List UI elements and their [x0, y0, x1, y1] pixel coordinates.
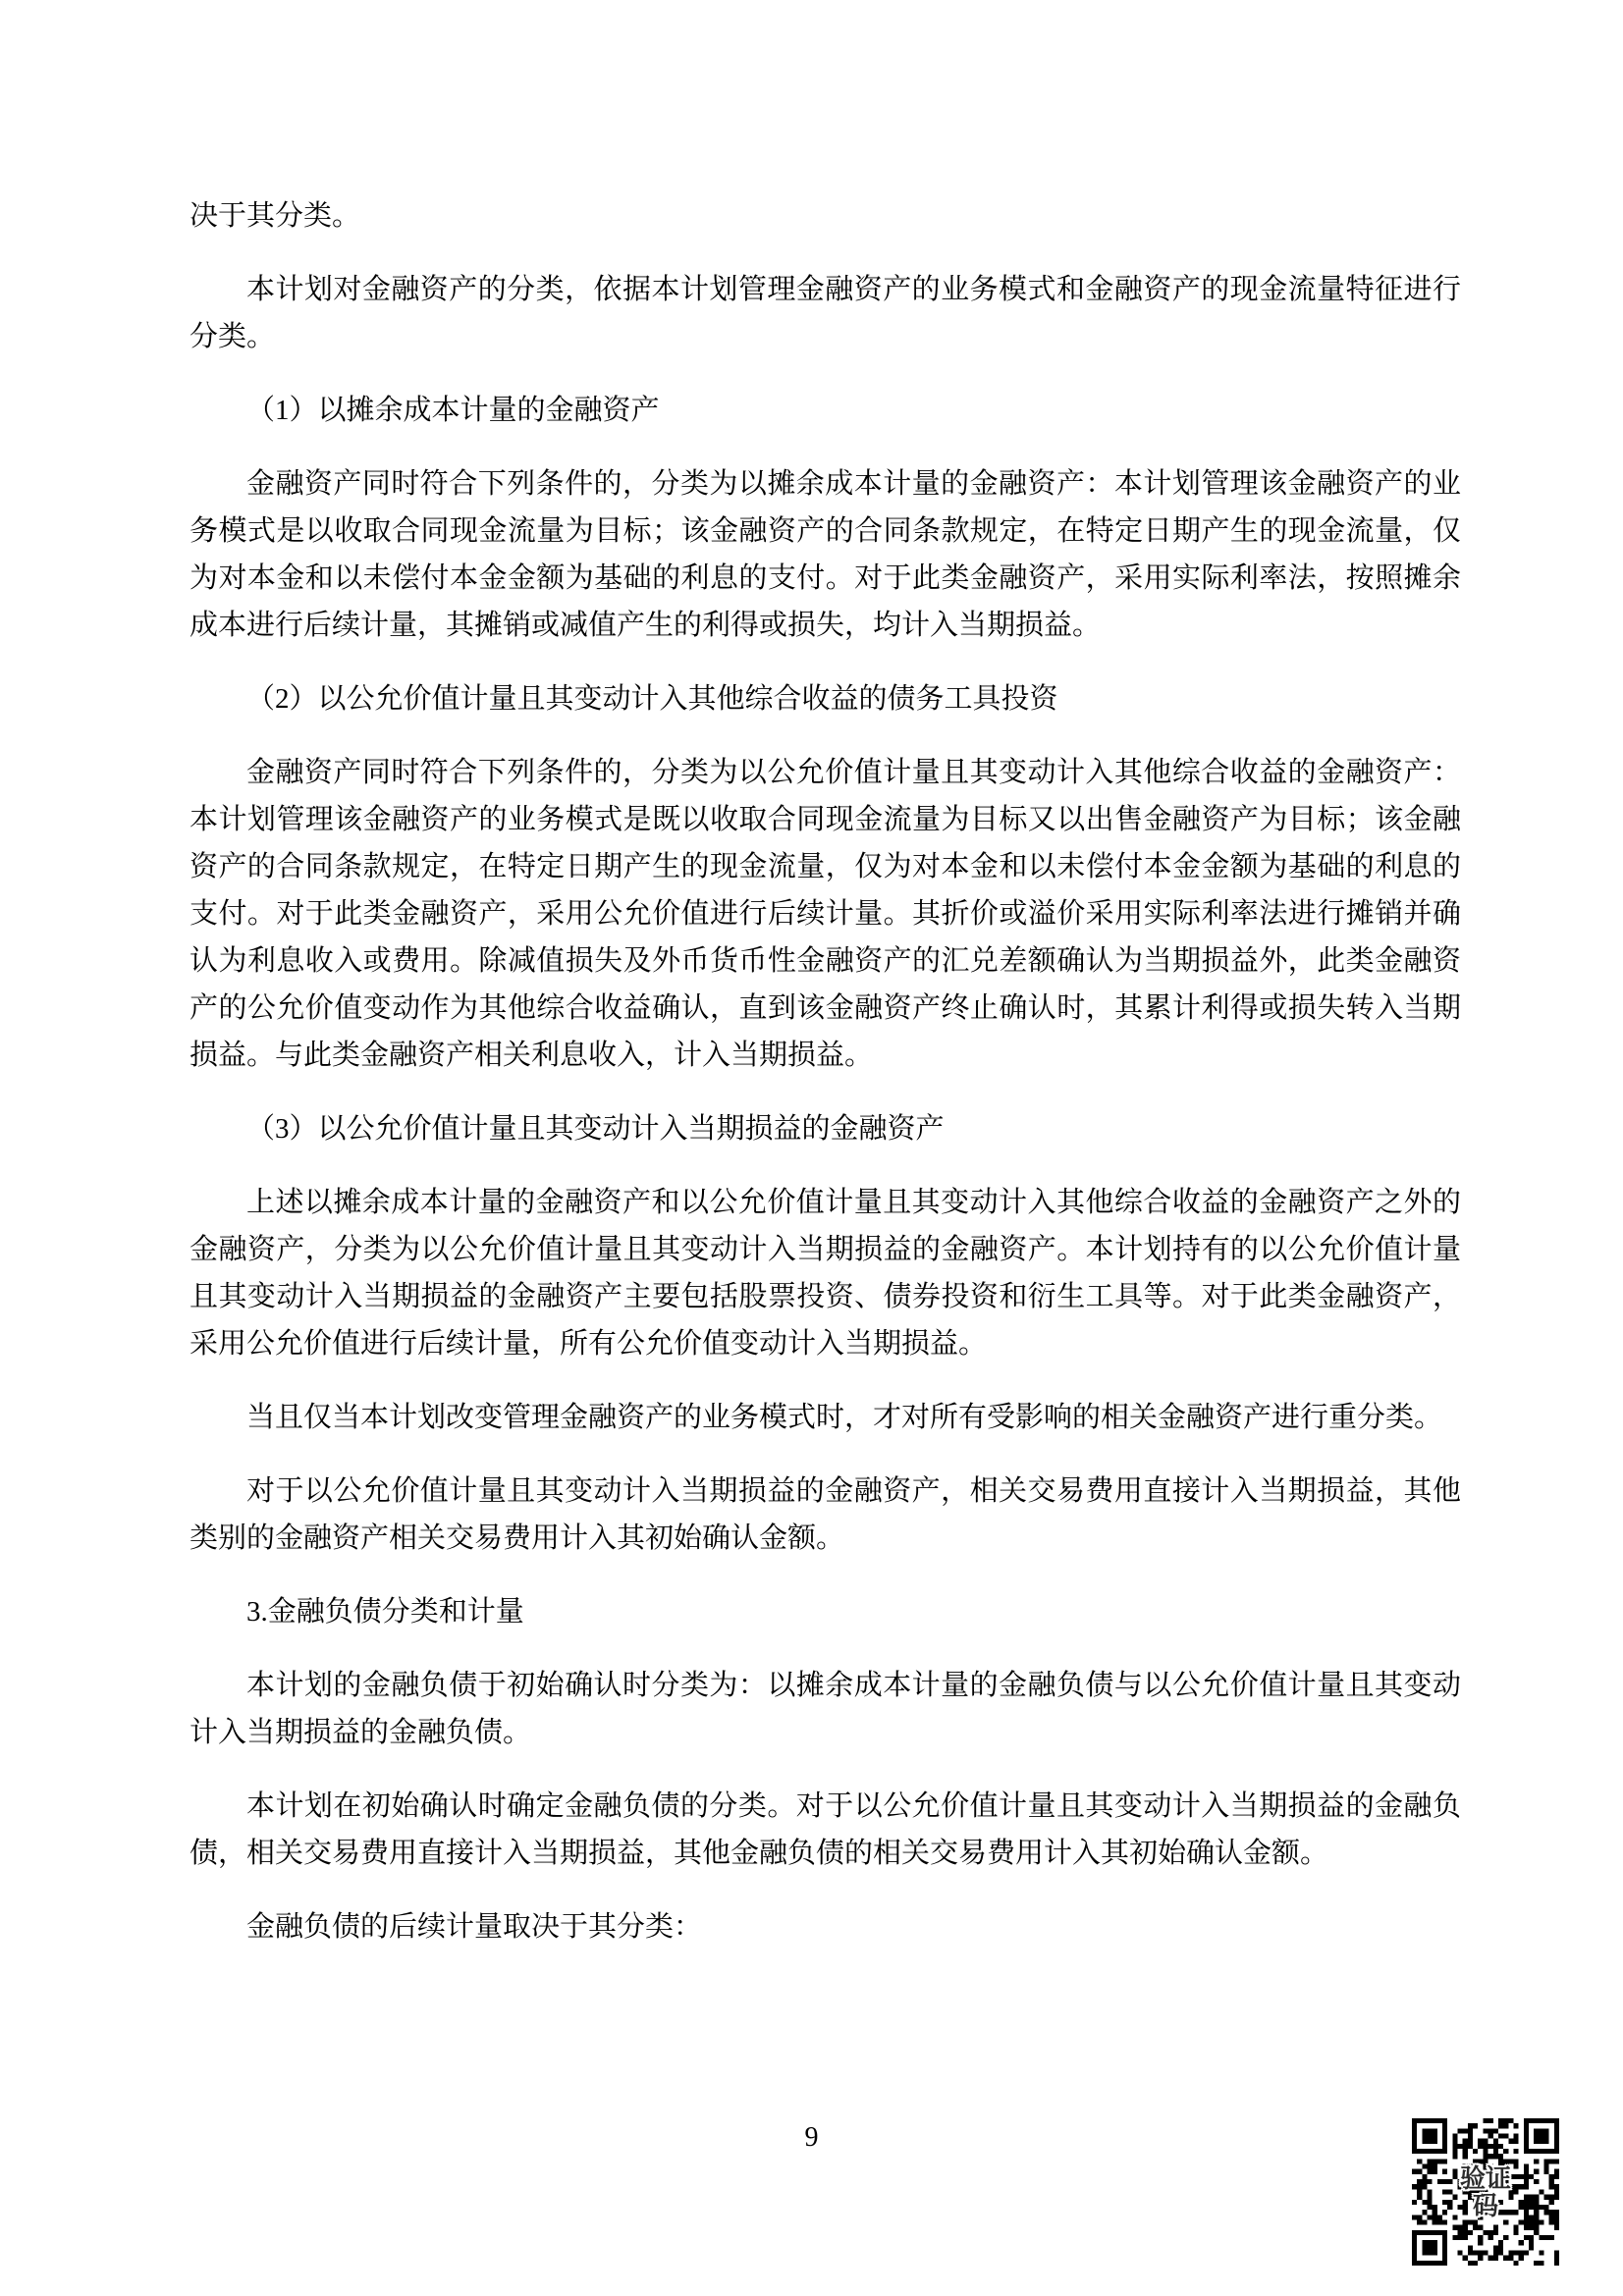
- paragraph: 本计划对金融资产的分类，依据本计划管理金融资产的业务模式和金融资产的现金流量特征…: [189, 266, 1461, 360]
- page-number: 9: [805, 2122, 819, 2153]
- paragraph: （3）以公允价值计量且其变动计入当期损益的金融资产: [189, 1105, 1461, 1152]
- paragraph: 上述以摊余成本计量的金融资产和以公允价值计量且其变动计入其他综合收益的金融资产之…: [189, 1179, 1461, 1367]
- paragraph: 当且仅当本计划改变管理金融资产的业务模式时，才对所有受影响的相关金融资产进行重分…: [189, 1394, 1461, 1441]
- paragraph: 金融负债的后续计量取决于其分类：: [189, 1903, 1461, 1950]
- qr-code-image: [1412, 2118, 1559, 2266]
- paragraph: 决于其分类。: [189, 192, 1461, 240]
- paragraph: 本计划在初始确认时确定金融负债的分类。对于以公允价值计量且其变动计入当期损益的金…: [189, 1783, 1461, 1877]
- paragraph: （2）以公允价值计量且其变动计入其他综合收益的债务工具投资: [189, 675, 1461, 722]
- document-body: 决于其分类。本计划对金融资产的分类，依据本计划管理金融资产的业务模式和金融资产的…: [189, 192, 1461, 1977]
- qr-code: 验证 码: [1412, 2118, 1559, 2266]
- paragraph: （1）以摊余成本计量的金融资产: [189, 387, 1461, 434]
- paragraph: 对于以公允价值计量且其变动计入当期损益的金融资产，相关交易费用直接计入当期损益，…: [189, 1468, 1461, 1562]
- document-page: 决于其分类。本计划对金融资产的分类，依据本计划管理金融资产的业务模式和金融资产的…: [0, 0, 1623, 2296]
- page-footer: 9: [0, 2122, 1623, 2154]
- paragraph: 金融资产同时符合下列条件的，分类为以公允价值计量且其变动计入其他综合收益的金融资…: [189, 749, 1461, 1079]
- paragraph: 本计划的金融负债于初始确认时分类为：以摊余成本计量的金融负债与以公允价值计量且其…: [189, 1662, 1461, 1756]
- paragraph: 3.金融负债分类和计量: [189, 1588, 1461, 1635]
- paragraph: 金融资产同时符合下列条件的，分类为以摊余成本计量的金融资产：本计划管理该金融资产…: [189, 460, 1461, 649]
